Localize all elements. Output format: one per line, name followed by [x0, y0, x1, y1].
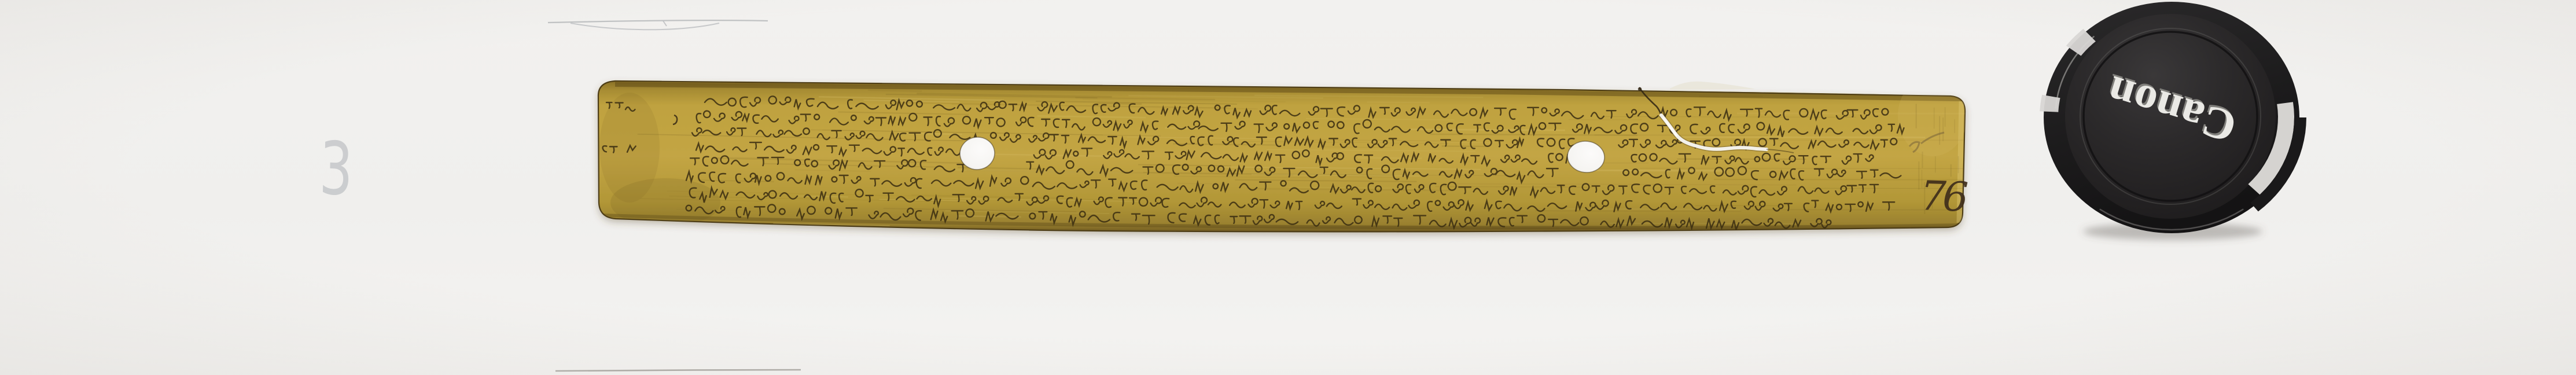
pencil-number: 3 [318, 126, 354, 212]
crack-ink-blob [1638, 87, 1642, 91]
palm-leaf-manuscript: 76 [598, 75, 2073, 231]
photo-canvas: 3 [0, 0, 2576, 375]
photo-scene: 3 [0, 0, 2576, 375]
folio-number: 76 [1919, 172, 1968, 221]
